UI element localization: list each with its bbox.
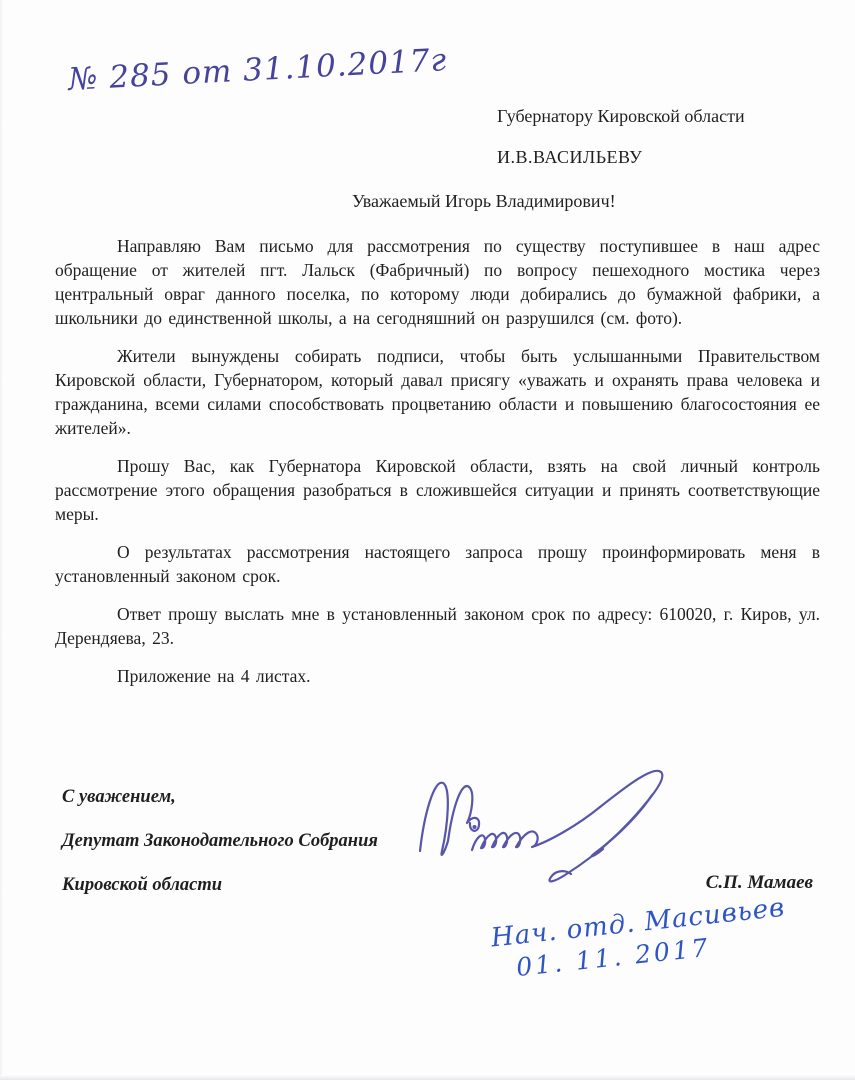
- paragraph-3: Прошу Вас, как Губернатора Кировской обл…: [55, 454, 820, 526]
- closing-block: С уважением, Депутат Законодательного Со…: [62, 786, 378, 918]
- letter-body: Направляю Вам письмо для рассмотрения по…: [55, 234, 820, 702]
- closing-regards: С уважением,: [62, 786, 378, 808]
- handwritten-resolution-note: Нач. отд. Масивьев 01. 11. 2017: [490, 893, 790, 985]
- paragraph-5: Ответ прошу выслать мне в установленный …: [55, 602, 820, 650]
- paragraph-6: Приложение на 4 листах.: [55, 664, 820, 688]
- addressee-name: И.В.ВАСИЛЬЕВУ: [497, 147, 745, 168]
- closing-title-line1: Депутат Законодательного Собрания: [62, 830, 378, 852]
- paragraph-2: Жители вынуждены собирать подписи, чтобы…: [55, 344, 820, 440]
- addressee-block: Губернатору Кировской области И.В.ВАСИЛЬ…: [497, 106, 745, 168]
- handwritten-registration-note: № 285 от 31.10.2017г: [67, 42, 448, 98]
- signature-scribble: [398, 753, 678, 898]
- paragraph-1: Направляю Вам письмо для рассмотрения по…: [55, 234, 820, 330]
- paragraph-4: О результатах рассмотрения настоящего за…: [55, 540, 820, 588]
- closing-title-line2: Кировской области: [62, 874, 378, 896]
- addressee-title: Губернатору Кировской области: [497, 106, 745, 127]
- scanned-letter-page: № 285 от 31.10.2017г Губернатору Кировск…: [0, 0, 855, 1080]
- signer-name: С.П. Мамаев: [706, 872, 813, 894]
- salutation: Уважаемый Игорь Владимирович!: [352, 191, 616, 212]
